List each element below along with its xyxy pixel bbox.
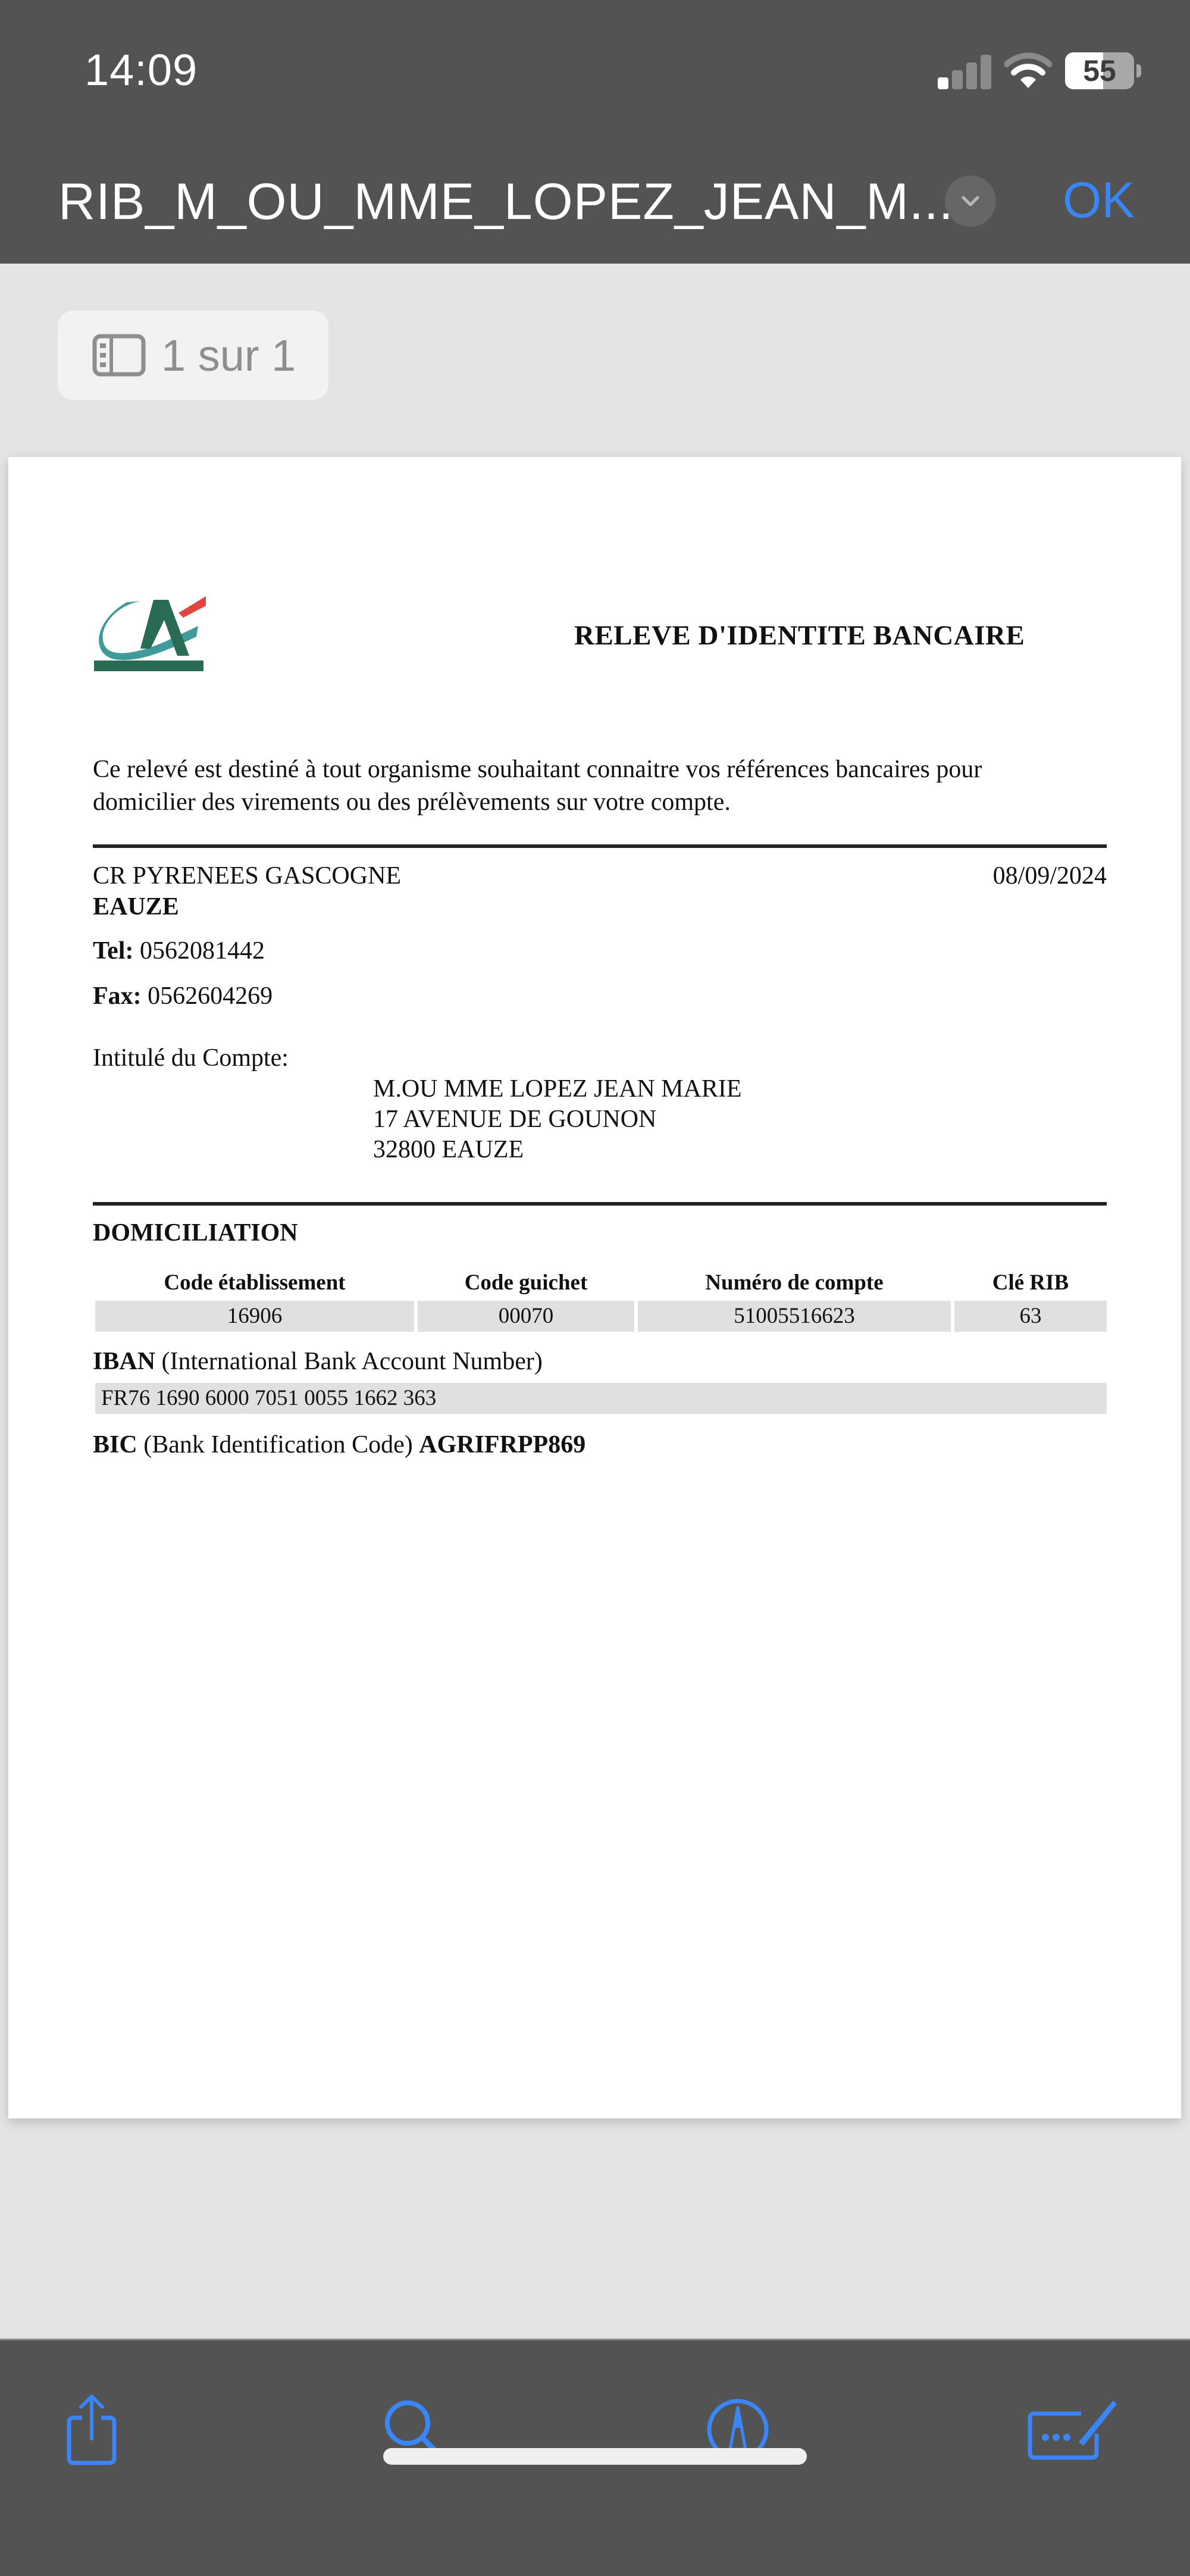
page-count-label: 1 sur 1 (161, 330, 296, 381)
fax-line: Fax: 0562604269 (93, 982, 273, 1010)
iban-label: IBAN (93, 1348, 155, 1375)
home-indicator[interactable] (383, 2448, 807, 2465)
divider-rule (93, 844, 1107, 848)
wifi-icon (1004, 52, 1052, 89)
intro-text: Ce relevé est destiné à tout organisme s… (93, 753, 982, 819)
rib-header-cell: Clé RIB (954, 1267, 1107, 1298)
rib-header-cell: Code guichet (418, 1267, 634, 1298)
bank-name: CR PYRENEES GASCOGNE (93, 862, 401, 890)
share-icon (62, 2393, 121, 2467)
holder-address: 17 AVENUE DE GOUNON (373, 1105, 656, 1134)
share-button[interactable] (56, 2391, 127, 2468)
battery-percent: 55 (1065, 52, 1134, 89)
bic-description: (Bank Identification Code) (143, 1431, 413, 1458)
sidebar-icon (92, 334, 146, 377)
bic-label: BIC (93, 1431, 137, 1458)
bic-line: BIC (Bank Identification Code) AGRIFRPP8… (93, 1431, 585, 1459)
holder-city: 32800 EAUZE (373, 1135, 524, 1164)
status-time: 14:09 (84, 45, 198, 95)
iban-value: FR76 1690 6000 7051 0055 1662 363 (95, 1383, 1107, 1414)
bic-value: AGRIFRPP869 (419, 1431, 585, 1458)
account-title-label: Intitulé du Compte: (93, 1044, 289, 1072)
iban-heading: IBAN (International Bank Account Number) (93, 1347, 543, 1376)
document-title[interactable]: RIB_M_OU_MME_LOPEZ_JEAN_M... (58, 173, 954, 231)
rib-header-cell: Numéro de compte (638, 1267, 951, 1298)
rib-value-cell: 16906 (95, 1301, 414, 1332)
battery-cap (1136, 64, 1141, 77)
rib-value-cell: 00070 (418, 1301, 634, 1332)
top-bar: 14:09 55 RIB_M_OU_MME_LOPEZ_JEAN_M... OK (0, 0, 1190, 264)
branch-name: EAUZE (93, 893, 179, 921)
fax-value: 0562604269 (148, 982, 273, 1010)
holder-name: M.OU MME LOPEZ JEAN MARIE (373, 1075, 742, 1103)
pdf-page: RELEVE D'IDENTITE BANCAIRE Ce relevé est… (8, 457, 1181, 2118)
cellular-signal-icon (938, 55, 991, 89)
rib-table-header: Code établissement Code guichet Numéro d… (95, 1267, 1107, 1298)
rib-value-cell: 63 (954, 1301, 1107, 1332)
battery-indicator: 55 (1065, 52, 1134, 89)
intro-line-2: domicilier des virements ou des prélèvem… (93, 786, 982, 819)
tel-value: 0562081442 (140, 937, 265, 965)
signature-icon (1026, 2397, 1122, 2462)
rib-title: RELEVE D'IDENTITE BANCAIRE (574, 619, 1025, 652)
title-menu-button[interactable] (945, 176, 996, 227)
rib-table-row: 16906 00070 51005516623 63 (95, 1301, 1107, 1332)
intro-line-1: Ce relevé est destiné à tout organisme s… (93, 753, 982, 786)
ok-button[interactable]: OK (1063, 171, 1135, 229)
document-date: 08/09/2024 (993, 862, 1107, 890)
credit-agricole-logo (94, 589, 213, 672)
tel-line: Tel: 0562081442 (93, 937, 265, 965)
signature-button[interactable] (1026, 2391, 1122, 2468)
tel-label: Tel: (93, 937, 133, 965)
iban-description: (International Bank Account Number) (162, 1348, 543, 1375)
rib-header-cell: Code établissement (95, 1267, 414, 1298)
fax-label: Fax: (93, 982, 142, 1010)
chevron-down-icon (959, 192, 982, 210)
page-indicator-button[interactable]: 1 sur 1 (58, 311, 328, 400)
divider-rule (93, 1202, 1107, 1206)
rib-value-cell: 51005516623 (638, 1301, 951, 1332)
domiciliation-heading: DOMICILIATION (93, 1219, 298, 1247)
